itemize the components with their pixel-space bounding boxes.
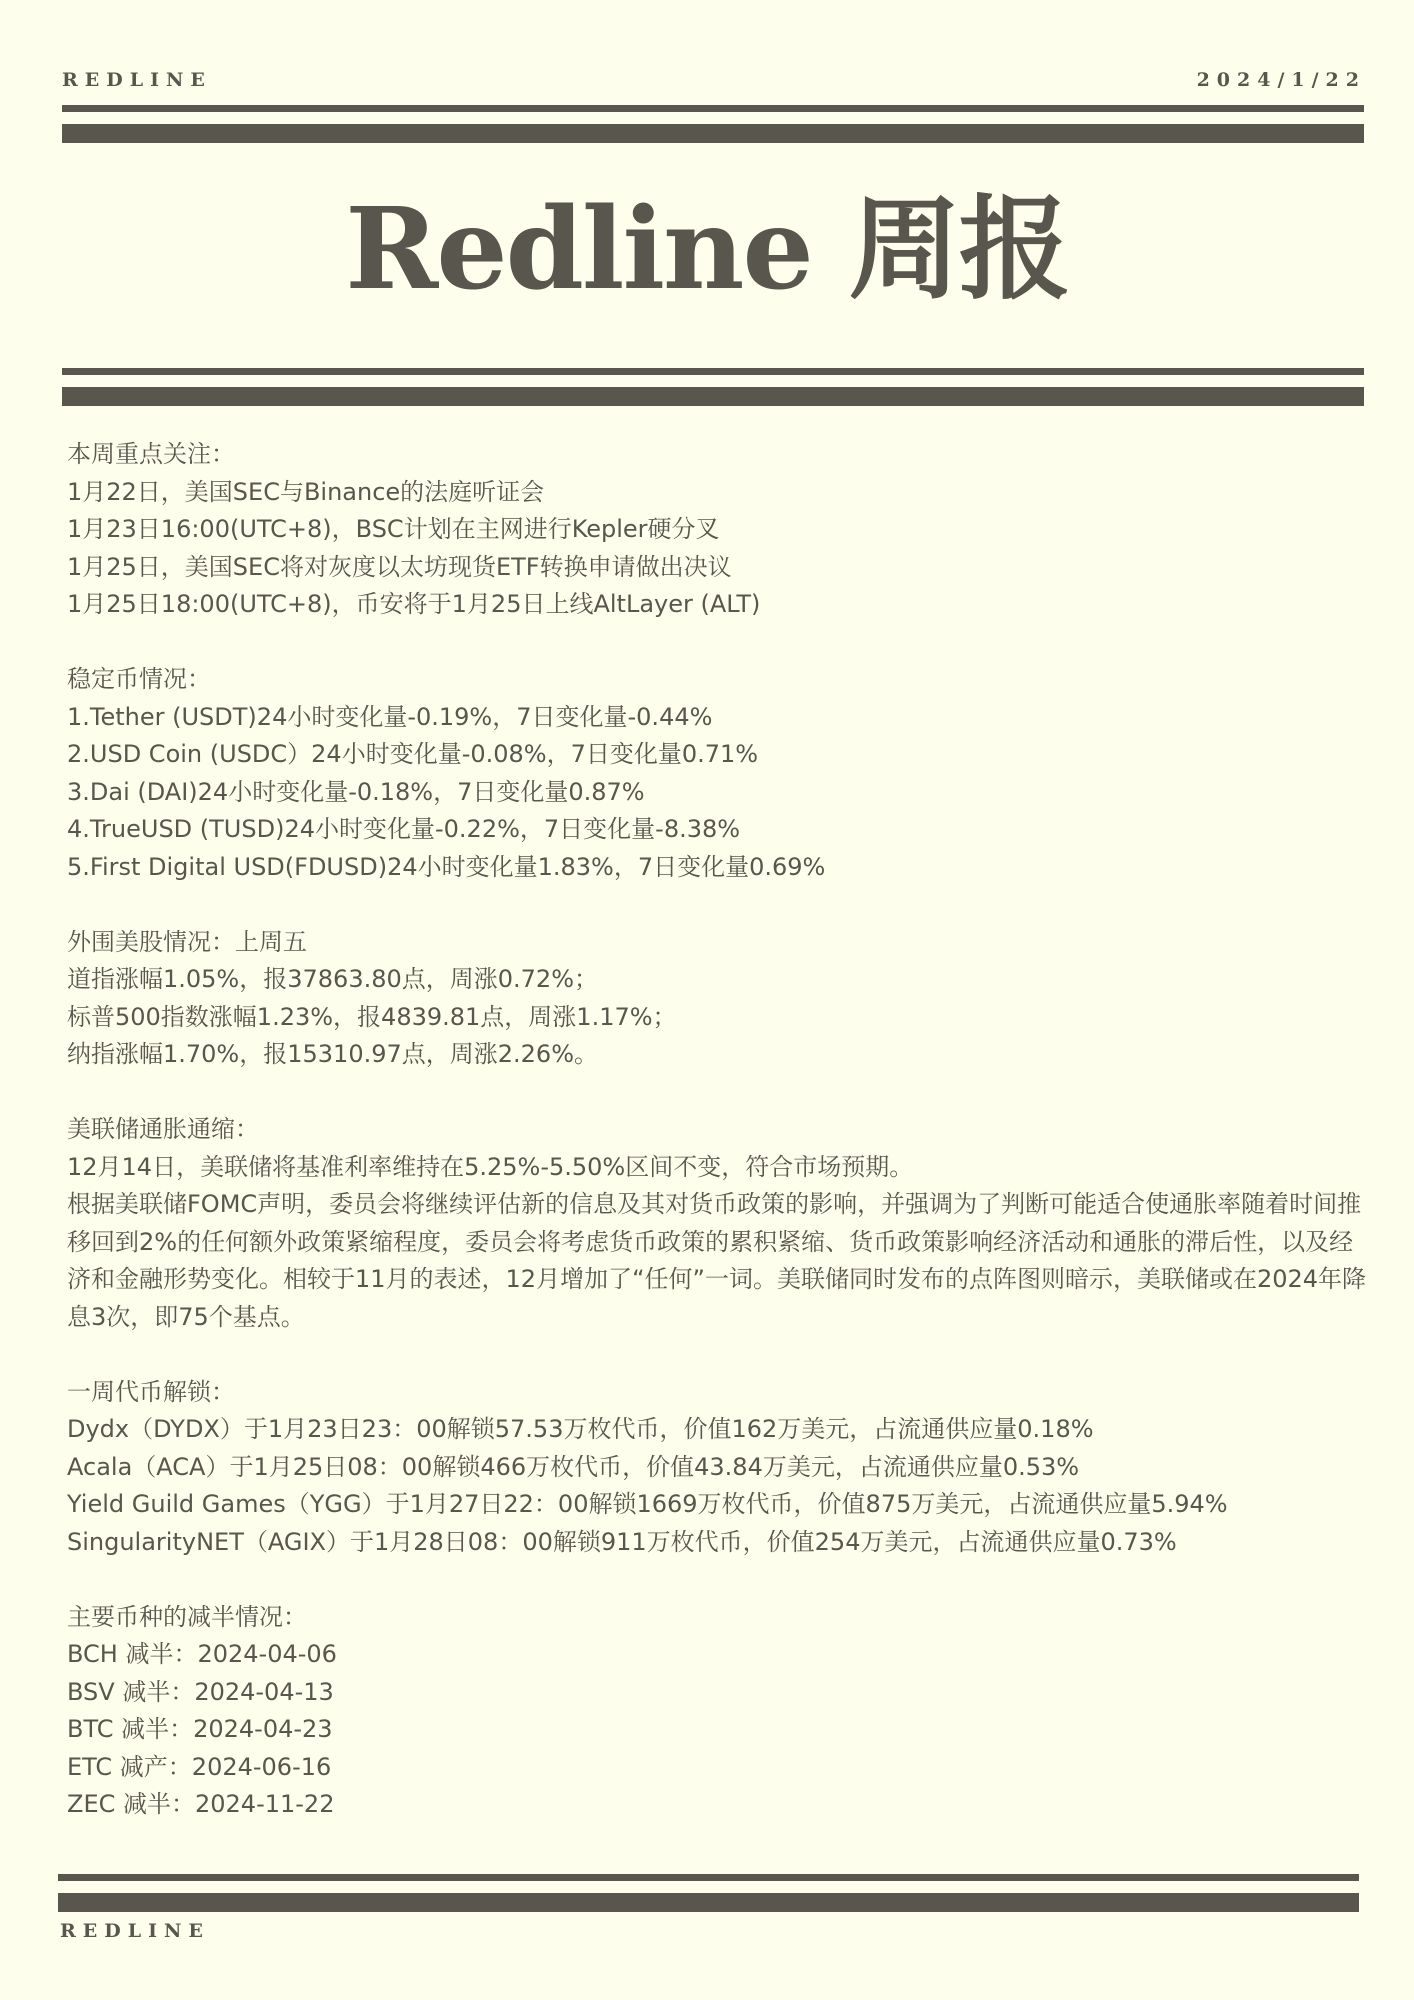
list-item: 12月14日，美联储将基准利率维持在5.25%-5.50%区间不变，符合市场预期…	[67, 1149, 1377, 1187]
title-thin-rule	[62, 368, 1364, 375]
list-item: 标普500指数涨幅1.23%，报4839.81点，周涨1.17%；	[67, 999, 1377, 1037]
page-title: Redline 周报	[0, 180, 1414, 320]
header-thick-rule	[62, 124, 1364, 143]
section-heading: 本周重点关注：	[67, 436, 1377, 474]
list-item: 道指涨幅1.05%，报37863.80点，周涨0.72%；	[67, 961, 1377, 999]
section-token-unlocks: 一周代币解锁： Dydx（DYDX）于1月23日23：00解锁57.53万枚代币…	[67, 1374, 1377, 1562]
list-item: 1.Tether (USDT)24小时变化量-0.19%，7日变化量-0.44%	[67, 699, 1377, 737]
list-item: Yield Guild Games（YGG）于1月27日22：00解锁1669万…	[67, 1486, 1377, 1524]
list-item: 1月23日16:00(UTC+8)，BSC计划在主网进行Kepler硬分叉	[67, 511, 1377, 549]
section-heading: 一周代币解锁：	[67, 1374, 1377, 1412]
section-fed: 美联储通胀通缩： 12月14日，美联储将基准利率维持在5.25%-5.50%区间…	[67, 1111, 1377, 1336]
fed-paragraph: 根据美联储FOMC声明，委员会将继续评估新的信息及其对货币政策的影响，并强调为了…	[67, 1186, 1367, 1336]
header-thin-rule	[62, 105, 1364, 112]
list-item: ETC 减产：2024-06-16	[67, 1749, 1377, 1787]
section-weekly-focus: 本周重点关注： 1月22日，美国SEC与Binance的法庭听证会 1月23日1…	[67, 436, 1377, 624]
footer-brand: REDLINE	[60, 1920, 210, 1942]
list-item: 纳指涨幅1.70%，报15310.97点，周涨2.26%。	[67, 1036, 1377, 1074]
list-item: BTC 减半：2024-04-23	[67, 1711, 1377, 1749]
list-item: SingularityNET（AGIX）于1月28日08：00解锁911万枚代币…	[67, 1524, 1377, 1562]
section-heading: 稳定币情况：	[67, 661, 1377, 699]
list-item: 1月22日，美国SEC与Binance的法庭听证会	[67, 474, 1377, 512]
section-heading: 外围美股情况：上周五	[67, 924, 1377, 962]
title-thick-rule	[62, 387, 1364, 406]
list-item: 1月25日，美国SEC将对灰度以太坊现货ETF转换申请做出决议	[67, 549, 1377, 587]
list-item: 5.First Digital USD(FDUSD)24小时变化量1.83%，7…	[67, 849, 1377, 887]
header-date: 2024/1/22	[1197, 69, 1366, 91]
list-item: 1月25日18:00(UTC+8)，币安将于1月25日上线AltLayer (A…	[67, 586, 1377, 624]
list-item: BCH 减半：2024-04-06	[67, 1636, 1377, 1674]
footer-thick-rule	[58, 1893, 1359, 1912]
list-item: 3.Dai (DAI)24小时变化量-0.18%，7日变化量0.87%	[67, 774, 1377, 812]
list-item: ZEC 减半：2024-11-22	[67, 1786, 1377, 1824]
report-body: 本周重点关注： 1月22日，美国SEC与Binance的法庭听证会 1月23日1…	[67, 436, 1377, 1861]
header-brand: REDLINE	[62, 69, 212, 91]
section-stablecoins: 稳定币情况： 1.Tether (USDT)24小时变化量-0.19%，7日变化…	[67, 661, 1377, 886]
footer-thin-rule	[58, 1874, 1359, 1881]
list-item: Acala（ACA）于1月25日08：00解锁466万枚代币，价值43.84万美…	[67, 1449, 1377, 1487]
section-halvings: 主要币种的减半情况： BCH 减半：2024-04-06 BSV 减半：2024…	[67, 1599, 1377, 1824]
list-item: Dydx（DYDX）于1月23日23：00解锁57.53万枚代币，价值162万美…	[67, 1411, 1377, 1449]
section-heading: 美联储通胀通缩：	[67, 1111, 1377, 1149]
section-heading: 主要币种的减半情况：	[67, 1599, 1377, 1637]
list-item: 2.USD Coin (USDC）24小时变化量-0.08%，7日变化量0.71…	[67, 736, 1377, 774]
list-item: 4.TrueUSD (TUSD)24小时变化量-0.22%，7日变化量-8.38…	[67, 811, 1377, 849]
section-us-stocks: 外围美股情况：上周五 道指涨幅1.05%，报37863.80点，周涨0.72%；…	[67, 924, 1377, 1074]
list-item: BSV 减半：2024-04-13	[67, 1674, 1377, 1712]
